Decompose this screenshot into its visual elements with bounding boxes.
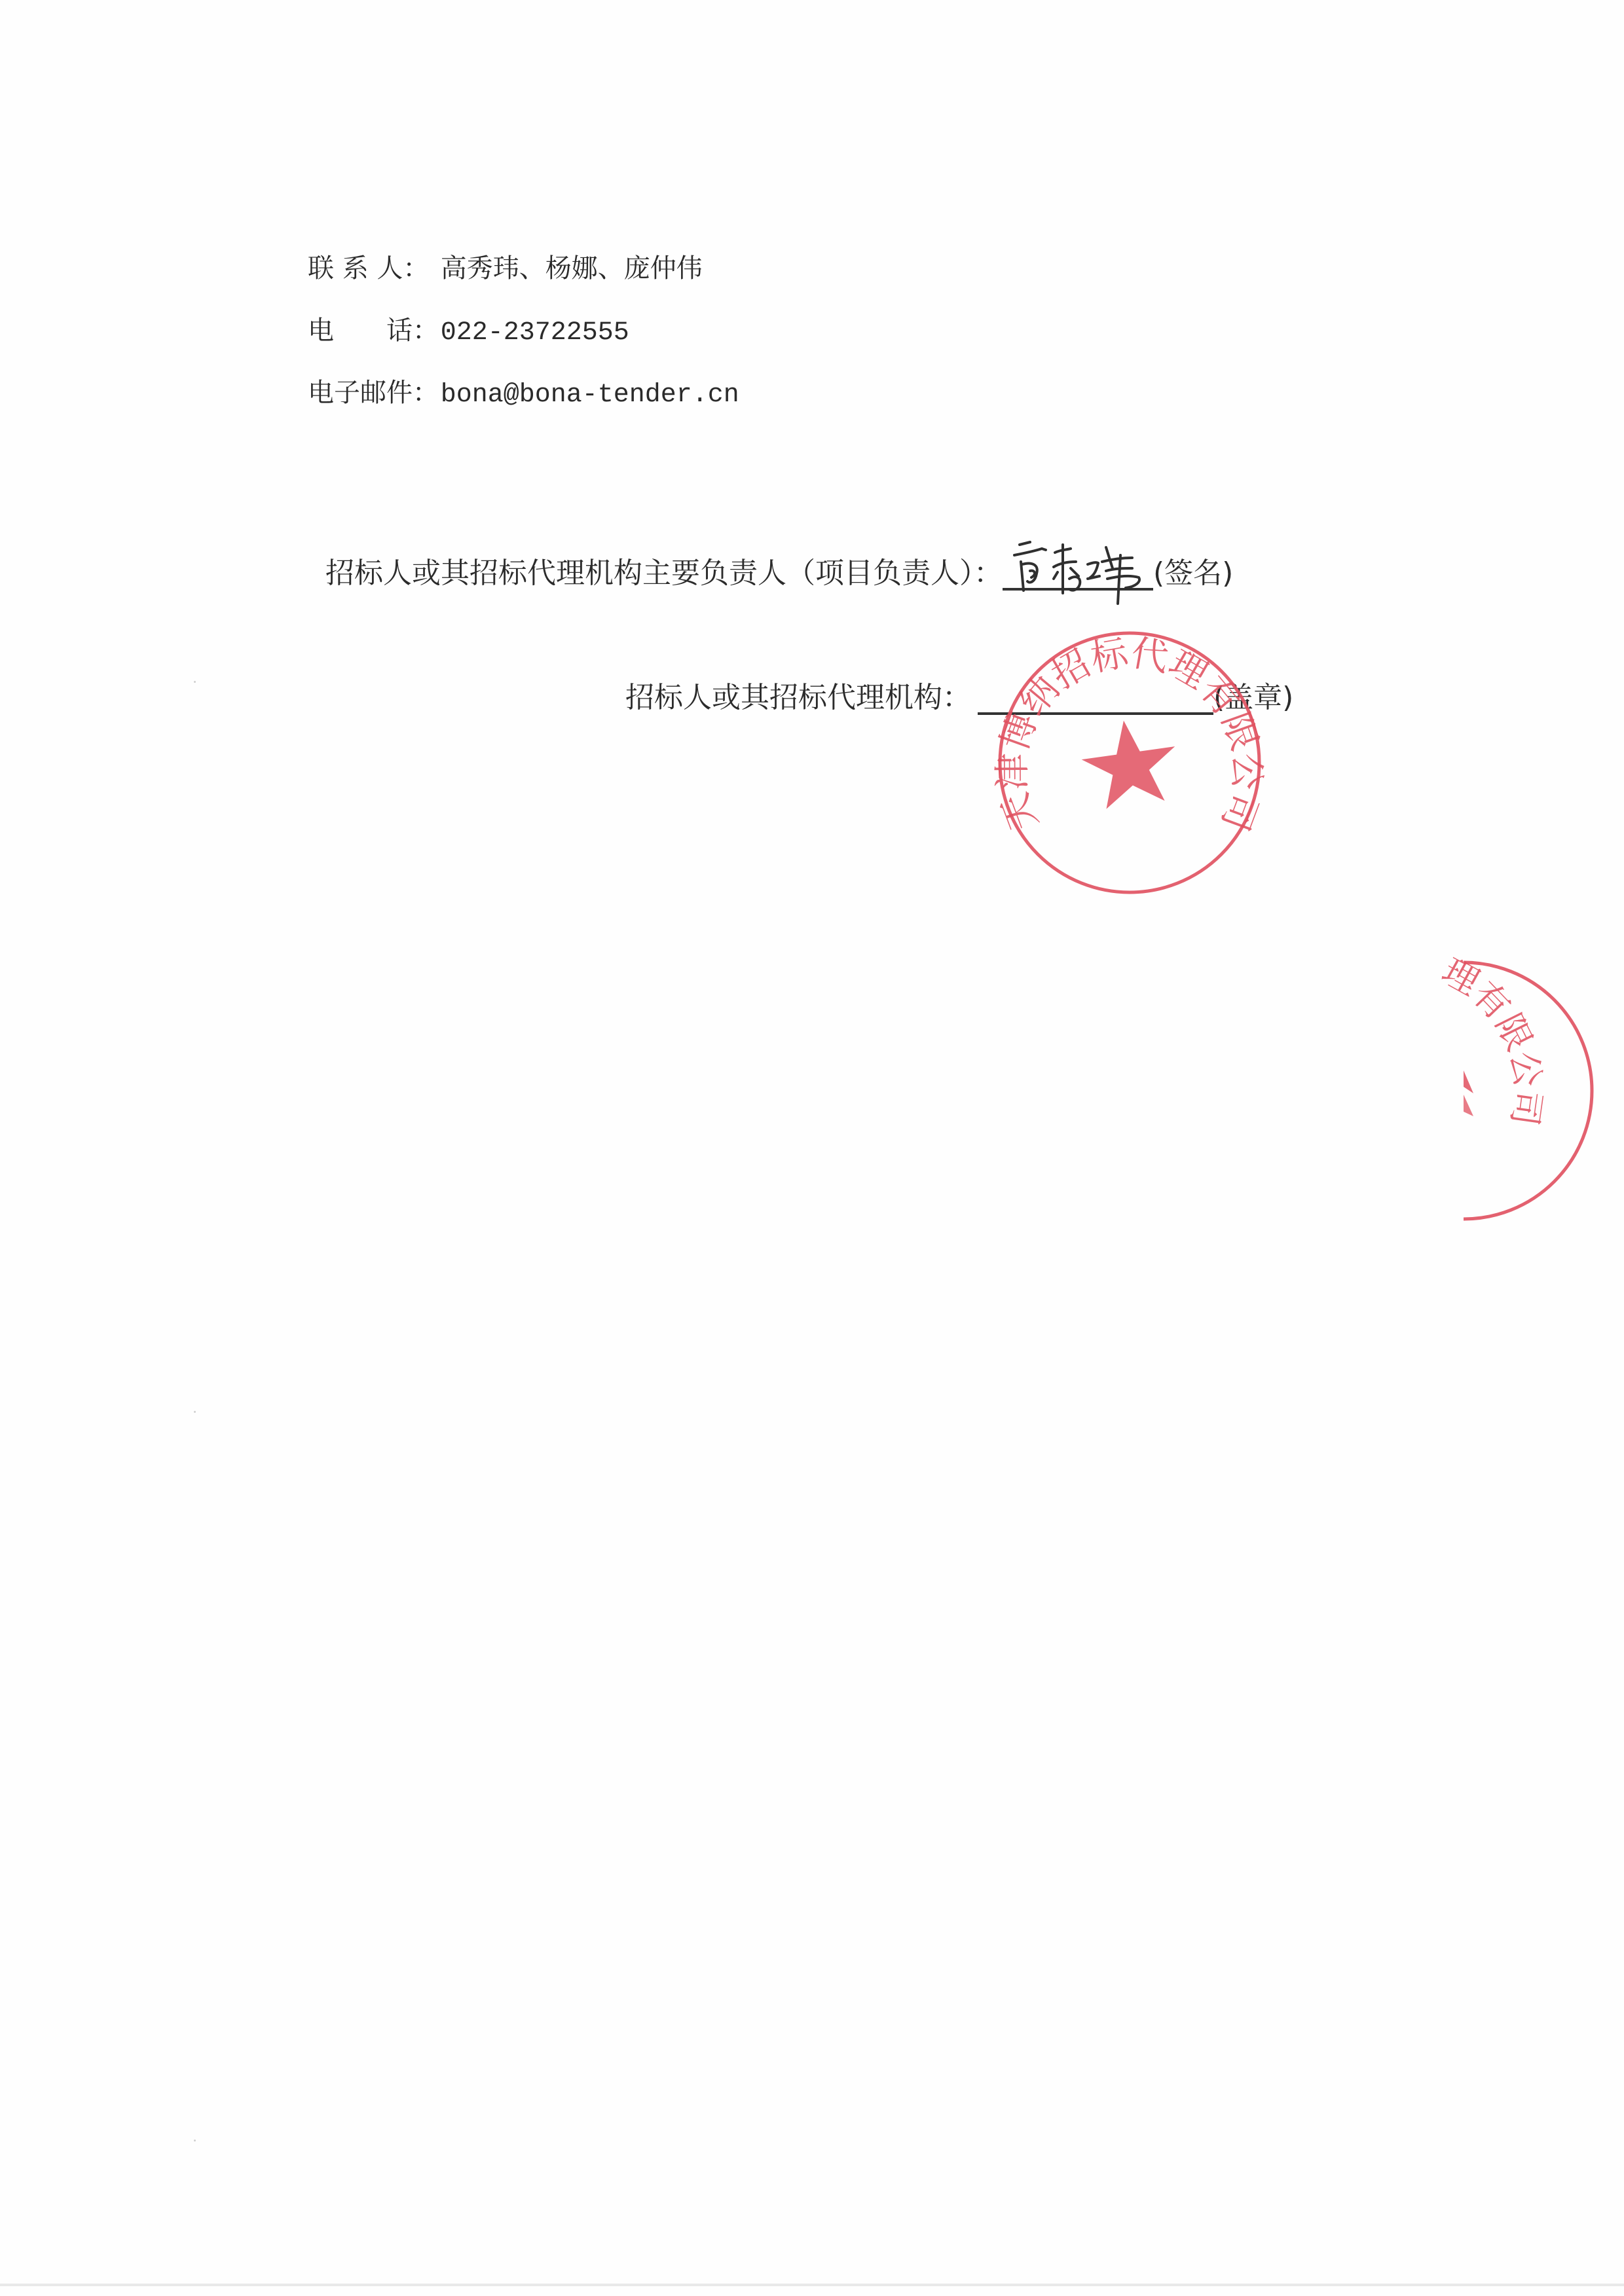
signature-line: 招标人或其招标代理机构主要负责人（项目负责人）： (签名) [325,555,1233,591]
company-seal-icon: 天津博纳招标代理有限公司 [992,625,1267,900]
phone-value: 022-23722555 [441,318,629,349]
contact-person-value: 高秀玮、杨娜、庞仲伟 [441,253,703,284]
scan-speck [194,681,196,683]
email-value: bona@bona-tender.cn [441,380,739,411]
contact-person-row: 联 系 人： 高秀玮、杨娜、庞仲伟 [308,253,703,284]
document-page: 联 系 人： 高秀玮、杨娜、庞仲伟 电 话： 022-23722555 电子邮件… [0,0,1624,2296]
seal-line-label: 招标人或其招标代理机构： [625,681,971,714]
signature-blank [1003,555,1153,591]
handwritten-signature-icon [1008,536,1158,608]
email-row: 电子邮件： bona@bona-tender.cn [308,377,739,411]
scan-speck [194,2140,196,2141]
signature-suffix: (签名) [1153,556,1233,590]
scan-bottom-edge [0,2284,1624,2286]
email-label: 电子邮件： [308,377,426,409]
phone-label: 电 话： [308,315,426,346]
scan-speck [194,1411,196,1413]
partial-seal-icon: 理有限公司 [1333,956,1624,1224]
signature-line-label: 招标人或其招标代理机构主要负责人（项目负责人）： [325,556,1003,590]
contact-person-label: 联 系 人： [308,253,426,284]
phone-row: 电 话： 022-23722555 [308,315,629,349]
